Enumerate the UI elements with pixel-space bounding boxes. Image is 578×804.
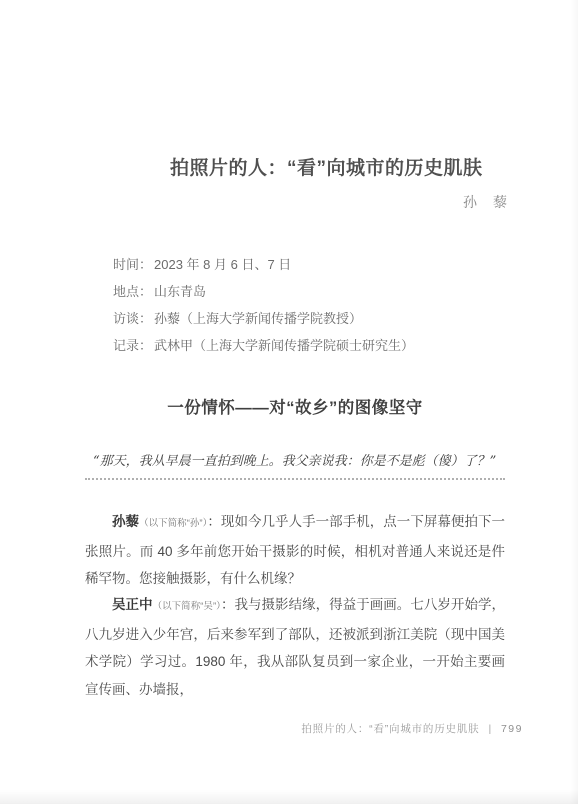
- article-author: 孙 藜: [85, 192, 508, 212]
- meta-row-recorder: 记录：武林甲（上海大学新闻传播学院硕士研究生）: [113, 332, 414, 359]
- meta-value: 2023 年 8 月 6 日、7 日: [154, 257, 291, 272]
- section-heading: 一份情怀——对“故乡”的图像坚守: [85, 394, 505, 418]
- meta-row-place: 地点：山东青岛: [113, 278, 414, 305]
- meta-label: 访谈：: [113, 311, 152, 326]
- meta-row-interviewer: 访谈：孙藜（上海大学新闻传播学院教授）: [113, 305, 414, 332]
- meta-value: 武林甲（上海大学新闻传播学院硕士研究生）: [154, 338, 414, 353]
- footer-page-number: 799: [501, 723, 523, 735]
- meta-label: 记录：: [113, 338, 152, 353]
- meta-value: 孙藜（上海大学新闻传播学院教授）: [154, 311, 362, 326]
- pull-quote: “那天，我从早晨一直拍到晚上。我父亲说我：你是不是彪（傻）了？”: [85, 452, 505, 480]
- meta-label: 地点：: [113, 284, 152, 299]
- footer-separator: |: [488, 723, 492, 735]
- footer-running-title: 拍照片的人：“看”向城市的历史肌肤: [301, 723, 479, 735]
- meta-value: 山东青岛: [154, 284, 206, 299]
- meta-row-time: 时间：2023 年 8 月 6 日、7 日: [113, 251, 414, 278]
- interview-meta-block: 时间：2023 年 8 月 6 日、7 日 地点：山东青岛 访谈：孙藜（上海大学…: [113, 251, 414, 359]
- paragraph-interviewer-question: 孙藜（以下简称“孙”）：现如今几乎人手一部手机，点一下屏幕便拍下一张照片。而 4…: [85, 508, 505, 593]
- speaker-name: 孙藜: [112, 514, 139, 529]
- speaker-abbreviation-note: （以下简称“吴”）: [153, 601, 221, 612]
- document-page: 拍照片的人：“看”向城市的历史肌肤 孙 藜 时间：2023 年 8 月 6 日、…: [0, 0, 578, 804]
- meta-label: 时间：: [113, 257, 152, 272]
- article-title: 拍照片的人：“看”向城市的历史肌肤: [170, 153, 483, 180]
- page-footer: 拍照片的人：“看”向城市的历史肌肤|799: [85, 721, 523, 737]
- paragraph-interviewee-answer: 吴正中（以下简称“吴”）：我与摄影结缘，得益于画画。七八岁开始学，八九岁进入少年…: [85, 591, 505, 703]
- speaker-abbreviation-note: （以下简称“孙”）: [139, 518, 207, 529]
- speaker-name: 吴正中: [112, 597, 153, 612]
